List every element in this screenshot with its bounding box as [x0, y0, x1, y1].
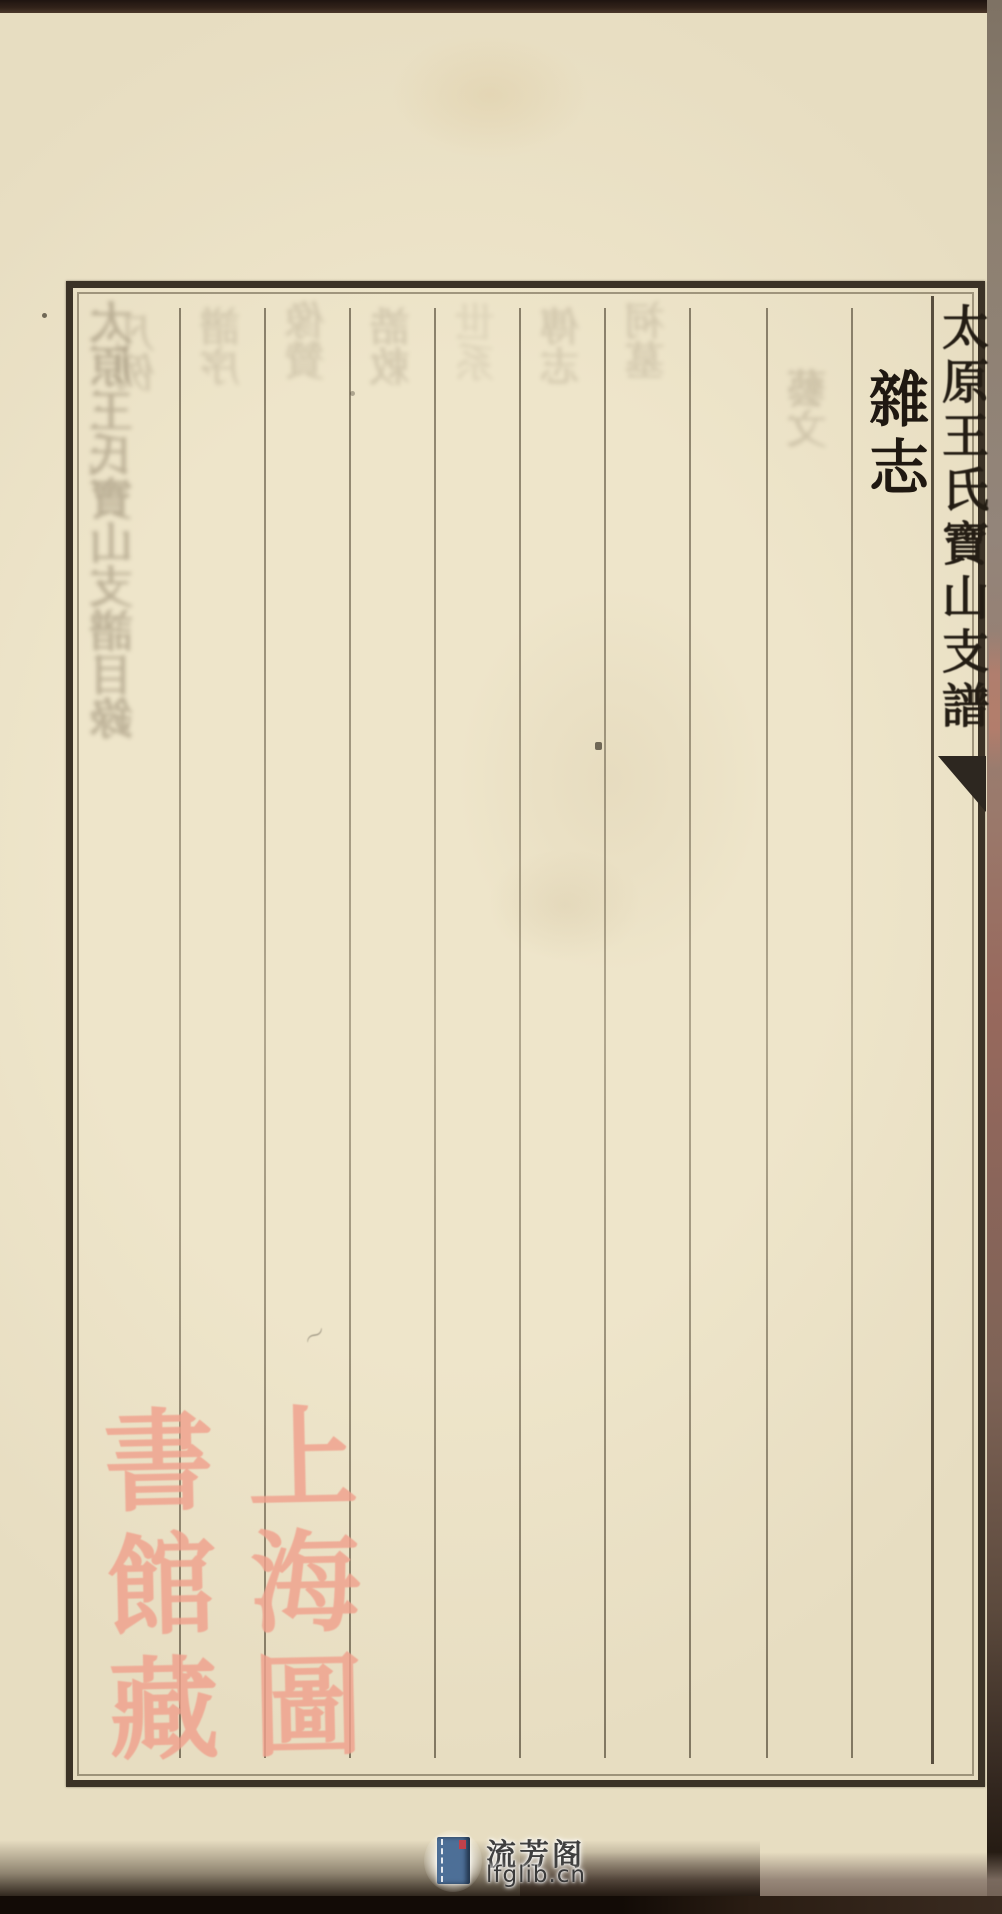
book-stitch-line	[441, 1839, 443, 1882]
ink-speck	[42, 313, 47, 318]
section-heading: 雜志	[858, 368, 930, 528]
bleed-through-text: 誥敕	[370, 306, 414, 386]
column-rule	[604, 308, 606, 1758]
bleed-through-text: 像贊	[285, 300, 329, 380]
seal-column-right: 上海圖	[242, 1399, 370, 1773]
column-rule	[689, 308, 691, 1758]
watermark-site-url: lfglib.cn	[486, 1862, 616, 1888]
edge-red-stain	[989, 630, 1000, 770]
watermark-site-name: 流芳阁	[486, 1830, 616, 1862]
bleed-through-text: 傳志	[540, 306, 584, 386]
bleed-through-text: 凡例	[115, 312, 159, 392]
scanned-genealogy-page: { "document": { "heading": "雜志", "banxin…	[0, 0, 1002, 1914]
scan-top-strip	[0, 0, 1002, 13]
bleed-through-text: 世系	[455, 302, 499, 382]
seal-column-left: 書館藏	[98, 1402, 226, 1776]
bleed-through-text: 藝文	[787, 368, 831, 448]
column-rule	[766, 308, 768, 1758]
library-seal: 上海圖 書館藏	[84, 1395, 383, 1831]
bleed-through-text: 祠墓	[625, 300, 669, 380]
book-icon	[437, 1837, 470, 1884]
ink-speck	[595, 742, 602, 750]
column-rule	[851, 308, 853, 1758]
column-rule	[434, 308, 436, 1758]
bleed-through-text: 譜序	[200, 306, 244, 386]
book-seal-dot	[459, 1840, 466, 1849]
scan-bottom-edge	[0, 1896, 1002, 1914]
ink-speck	[350, 391, 355, 396]
site-watermark: 流芳阁 lfglib.cn	[424, 1828, 624, 1898]
book-title-vertical: 太原王氏寶山支譜	[941, 303, 989, 773]
column-rule	[519, 308, 521, 1758]
page-edge-band	[987, 0, 1002, 1914]
